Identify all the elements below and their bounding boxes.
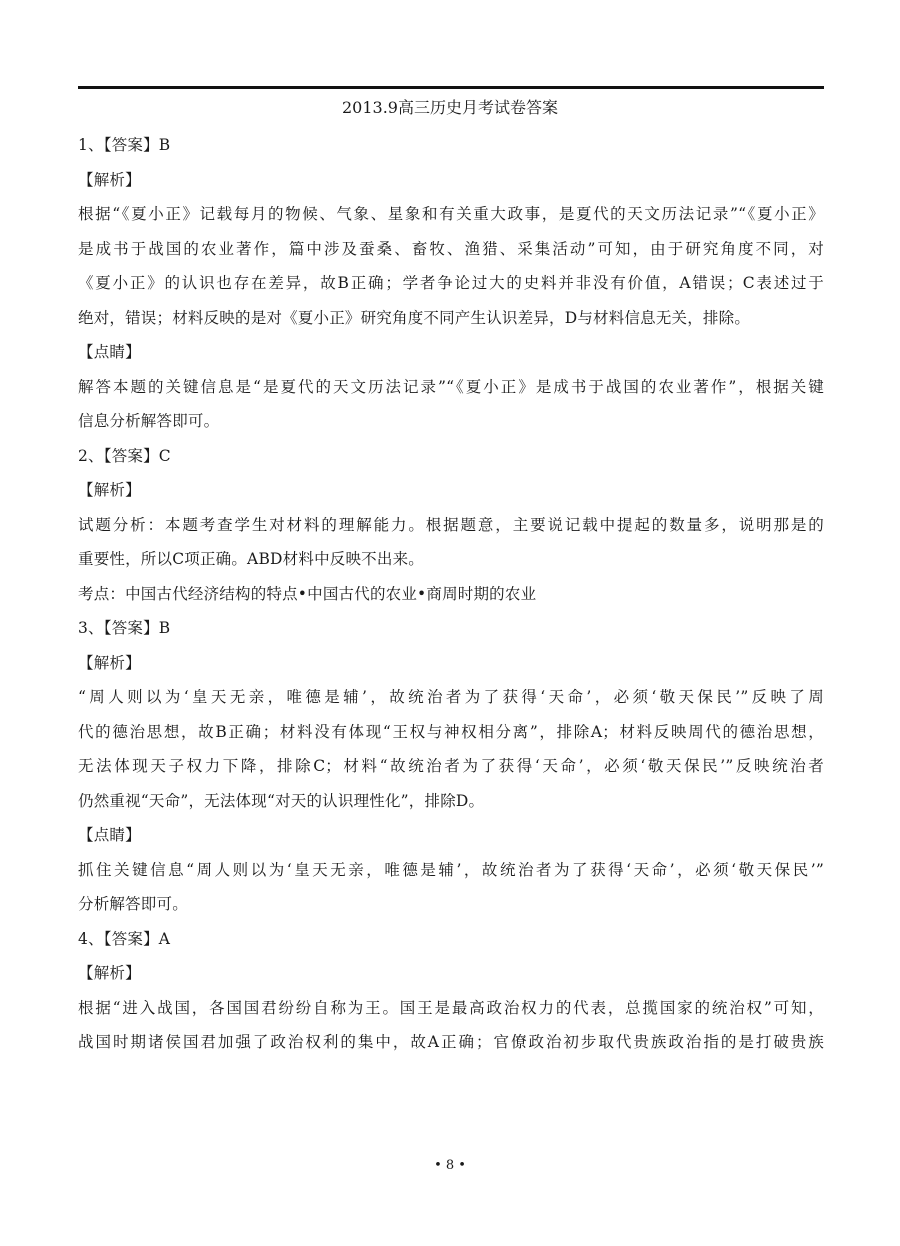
q3-tip-line: 分析解答即可。 (78, 891, 824, 926)
q2-answer: 2、【答案】C (78, 443, 824, 478)
q1-tip-label: 【点睛】 (78, 339, 824, 374)
q3-analysis-line: 代的德治思想，故B正确；材料没有体现“王权与神权相分离”，排除A；材料反映周代的… (78, 719, 824, 754)
q3-tip-line: 抓住关键信息“周人则以为‘皇天无亲，唯德是辅’，故统治者为了获得‘天命’，必须‘… (78, 857, 824, 892)
answer-content: 1、【答案】B 【解析】 根据“《夏小正》记载每月的物候、气象、星象和有关重大政… (78, 132, 824, 1064)
header-rule (78, 86, 824, 89)
q1-analysis-line: 根据“《夏小正》记载每月的物候、气象、星象和有关重大政事，是夏代的天文历法记录”… (78, 201, 824, 236)
q1-analysis-line: 是成书于战国的农业著作，篇中涉及蚕桑、畜牧、渔猎、采集活动”可知，由于研究角度不… (78, 236, 824, 271)
q3-tip-label: 【点睛】 (78, 822, 824, 857)
q1-tip-line: 解答本题的关键信息是“是夏代的天文历法记录”“《夏小正》是成书于战国的农业著作”… (78, 374, 824, 409)
q1-analysis-line: 《夏小正》的认识也存在差异，故B正确；学者争论过大的史料并非没有价值，A错误；C… (78, 270, 824, 305)
q2-analysis-line: 试题分析：本题考查学生对材料的理解能力。根据题意，主要说记载中提起的数量多，说明… (78, 512, 824, 547)
q4-analysis-label: 【解析】 (78, 960, 824, 995)
q2-analysis-line: 重要性，所以C项正确。ABD材料中反映不出来。 (78, 546, 824, 581)
q1-tip-line: 信息分析解答即可。 (78, 408, 824, 443)
q1-analysis-line: 绝对，错误；材料反映的是对《夏小正》研究角度不同产生认识差异，D与材料信息无关，… (78, 305, 824, 340)
q3-analysis-line: “周人则以为‘皇天无亲，唯德是辅’，故统治者为了获得‘天命’，必须‘敬天保民’”… (78, 684, 824, 719)
q3-analysis-line: 无法体现天子权力下降，排除C；材料“故统治者为了获得‘天命’，必须‘敬天保民’”… (78, 753, 824, 788)
q2-analysis-label: 【解析】 (78, 477, 824, 512)
q4-analysis-line: 根据“进入战国，各国国君纷纷自称为王。国王是最高政治权力的代表，总揽国家的统治权… (78, 995, 824, 1030)
q3-answer: 3、【答案】B (78, 615, 824, 650)
q4-analysis-line: 战国时期诸侯国君加强了政治权利的集中，故A正确；官僚政治初步取代贵族政治指的是打… (78, 1029, 824, 1064)
q4-answer: 4、【答案】A (78, 926, 824, 961)
q3-analysis-label: 【解析】 (78, 650, 824, 685)
q1-answer: 1、【答案】B (78, 132, 824, 167)
page-number: • 8 • (0, 1158, 900, 1173)
document-title: 2013.9高三历史月考试卷答案 (0, 97, 900, 119)
q2-key-points: 考点：中国古代经济结构的特点•中国古代的农业•商周时期的农业 (78, 581, 824, 616)
q1-analysis-label: 【解析】 (78, 167, 824, 202)
q3-analysis-line: 仍然重视“天命”，无法体现“对天的认识理性化”，排除D。 (78, 788, 824, 823)
